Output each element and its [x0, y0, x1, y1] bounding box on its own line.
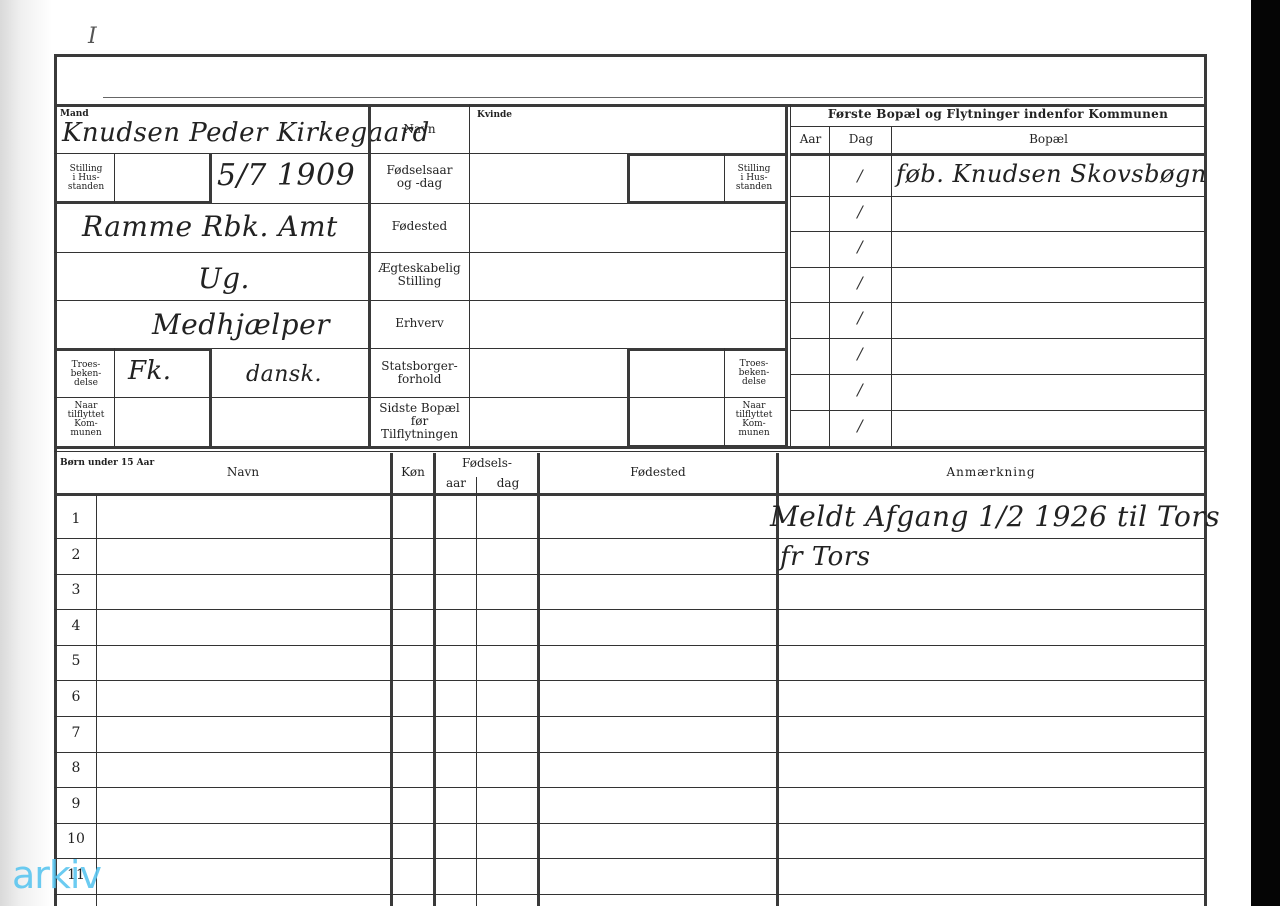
stilling-box-border	[54, 201, 212, 204]
row-rule	[54, 609, 1204, 610]
bopael-col-divider	[829, 126, 830, 446]
row-rule	[54, 397, 370, 398]
row-rule	[54, 823, 1204, 824]
born-row-number: 8	[56, 760, 96, 776]
section-divider	[54, 446, 1207, 449]
troes-box-border	[209, 348, 212, 446]
title-band-rule	[103, 97, 1203, 98]
born-col-fodested: Fødested	[540, 466, 776, 479]
row-rule	[54, 858, 1204, 859]
bopael-dag: /	[845, 344, 875, 363]
row-rule	[790, 267, 1204, 268]
bopael-dag: /	[845, 166, 875, 185]
row-rule	[54, 538, 1204, 539]
kvinde-troes-box-border	[627, 348, 630, 446]
row-rule	[790, 231, 1204, 232]
mand-troes-label: Troes-beken-delse	[58, 361, 114, 388]
kvinde-stilling-box-border	[627, 153, 785, 156]
bopael-header-rule	[790, 153, 1204, 156]
row-rule	[370, 397, 785, 398]
born-row-number: 3	[56, 582, 96, 598]
row-rule	[370, 300, 785, 301]
born-col-aar: aar	[436, 477, 476, 490]
form-left-border	[54, 54, 57, 906]
kvinde-stilling-divider	[724, 153, 725, 203]
kvinde-stilling-box-border	[627, 153, 630, 203]
row-rule	[790, 338, 1204, 339]
born-row-number: 10	[56, 831, 96, 847]
mand-tilflyttet-label: NaartilflyttetKom-munen	[58, 402, 114, 438]
row-rule	[790, 302, 1204, 303]
bopael-col-divider	[891, 126, 892, 446]
kvinde-troes-box-border	[627, 348, 785, 351]
row-rule	[54, 752, 1204, 753]
form-top-border	[54, 54, 1207, 57]
scan-right-border	[1251, 0, 1280, 906]
mand-statsborger-value[interactable]: dansk.	[246, 362, 322, 387]
row-rule	[54, 252, 370, 253]
troes-box-border	[54, 348, 212, 351]
row-rule	[790, 410, 1204, 411]
bopael-dag: /	[845, 308, 875, 327]
born-row-number: 9	[56, 796, 96, 812]
arkiv-watermark-logo: arkiv	[12, 853, 101, 897]
section-divider	[54, 451, 1207, 452]
born-row-number: 7	[56, 725, 96, 741]
anmaerkning-line-2[interactable]: fr Tors	[780, 542, 871, 572]
row-rule	[54, 300, 370, 301]
kvinde-stilling-label: Stillingi Hus-standen	[726, 165, 782, 192]
born-col-fodsels: Fødsels-	[436, 457, 538, 470]
page-marker: I	[88, 24, 97, 49]
row-rule	[370, 252, 785, 253]
born-row-number: 2	[56, 547, 96, 563]
row-rule	[54, 645, 1204, 646]
born-col-dag: dag	[478, 477, 538, 490]
born-col-divider	[476, 477, 477, 906]
label-statsborger: Statsborger-forhold	[370, 360, 469, 386]
bopael-col-bopael: Bopæl	[893, 133, 1204, 146]
bopael-dag: /	[845, 273, 875, 292]
born-col-kon: Køn	[392, 466, 434, 479]
row-rule	[54, 680, 1204, 681]
kvinde-troes-label: Troes-beken-delse	[726, 360, 782, 387]
label-column-border	[469, 104, 470, 447]
born-col-anmaerkning: Anmærkning	[778, 466, 1204, 479]
row-rule	[790, 196, 1204, 197]
mand-aegteskabelig-value[interactable]: Ug.	[198, 262, 250, 295]
bopael-dag: /	[845, 380, 875, 399]
label-aegteskabelig: ÆgteskabeligStilling	[370, 262, 469, 288]
row-rule	[54, 574, 1204, 575]
mand-troes-value[interactable]: Fk.	[128, 356, 172, 386]
row-rule	[54, 787, 1204, 788]
label-sidste-bopael: Sidste BopælførTilflytningen	[370, 402, 469, 441]
kvinde-troes-divider	[724, 348, 725, 446]
row-rule	[54, 894, 1204, 895]
bopael-col-dag: Dag	[831, 133, 891, 146]
bopael-title: Første Bopæl og Flytninger indenfor Komm…	[792, 108, 1204, 121]
label-fodested: Fødested	[370, 220, 469, 233]
born-row-number: 4	[56, 618, 96, 634]
bopael-value: føb. Knudsen Skovsbøgn	[896, 160, 1207, 188]
bopael-border	[785, 104, 788, 447]
bopael-col-aar: Aar	[792, 133, 829, 146]
born-row-number: 6	[56, 689, 96, 705]
label-navn: Navn	[370, 123, 469, 136]
scan-edge-shadow	[0, 0, 52, 906]
kvinde-stilling-box-border	[627, 201, 785, 204]
row-rule	[54, 716, 1204, 717]
stilling-divider	[114, 153, 115, 203]
mand-stilling-label: Stillingi Hus-standen	[58, 165, 114, 192]
mand-erhverv-value[interactable]: Medhjælper	[152, 308, 330, 341]
troes-divider	[114, 348, 115, 446]
row-rule	[54, 153, 370, 154]
bopael-dag: /	[845, 416, 875, 435]
born-col-divider	[96, 495, 97, 906]
born-row-number: 5	[56, 653, 96, 669]
kvinde-label: Kvinde	[477, 109, 512, 122]
kvinde-tilflyttet-label: NaartilflyttetKom-munen	[726, 402, 782, 438]
label-fodselsaar: Fødselsaarog -dag	[370, 164, 469, 190]
bopael-title-rule	[790, 126, 1204, 127]
bopael-dag: /	[845, 202, 875, 221]
born-row-number: 1	[56, 511, 96, 527]
born-col-navn: Navn	[96, 466, 390, 479]
label-erhverv: Erhverv	[370, 317, 469, 330]
stilling-box-border	[209, 153, 212, 203]
mand-fodested-value[interactable]: Ramme Rbk. Amt	[82, 210, 338, 243]
born-header-rule	[54, 493, 1207, 496]
mand-fodselsaar-value[interactable]: 5/7 1909	[217, 158, 355, 193]
bopael-dag: /	[845, 237, 875, 256]
anmaerkning-line-1[interactable]: Meldt Afgang 1/2 1926 til Tors	[770, 500, 1220, 533]
row-rule	[790, 374, 1204, 375]
